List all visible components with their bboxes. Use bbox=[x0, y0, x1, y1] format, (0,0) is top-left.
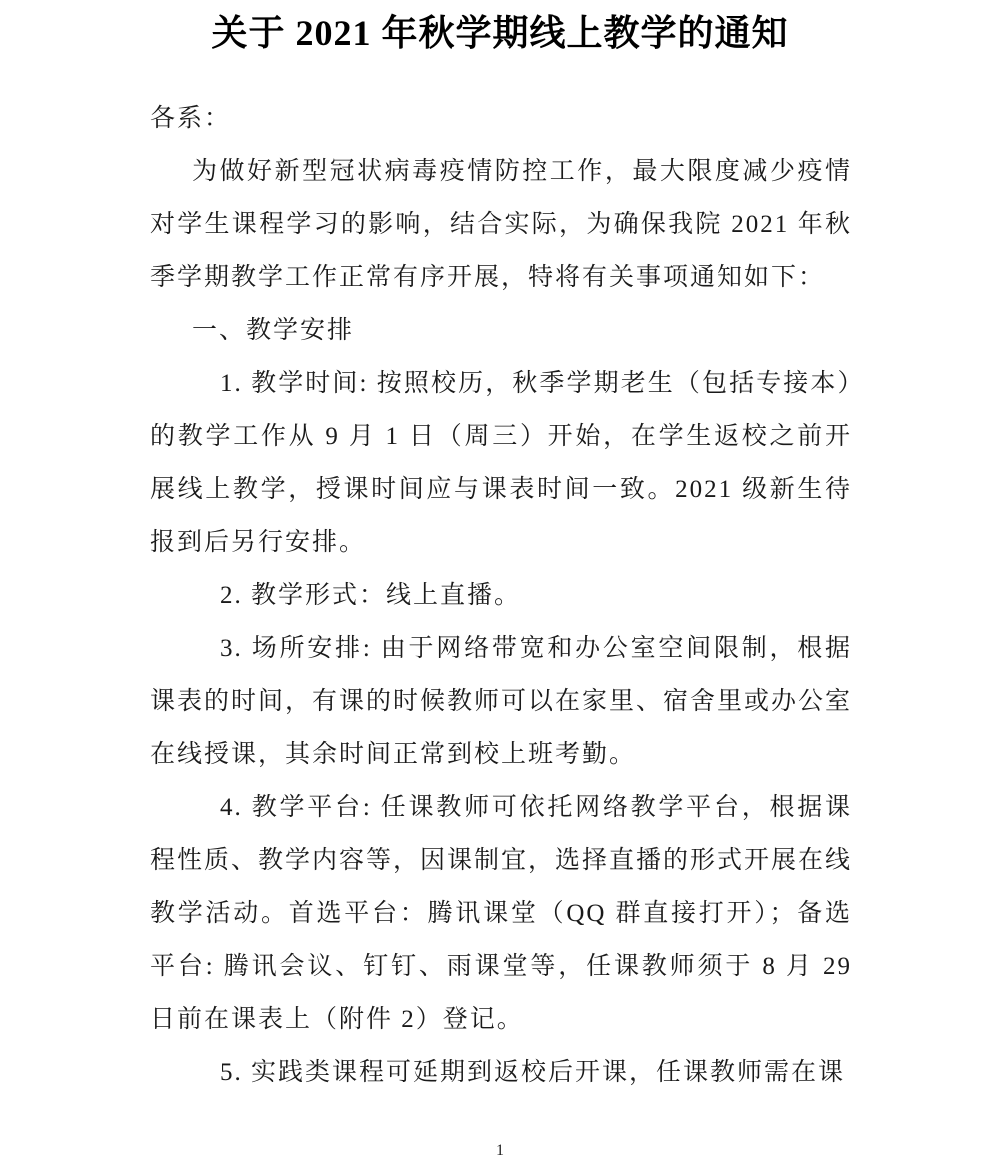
document-body: 各系：为做好新型冠状病毒疫情防控工作，最大限度减少疫情对学生课程学习的影响，结合… bbox=[150, 92, 852, 1099]
list-item: 3. 场所安排: 由于网络带宽和办公室空间限制，根据课表的时间，有课的时候教师可… bbox=[150, 622, 852, 781]
list-item: 5. 实践类课程可延期到返校后开课，任课教师需在课 bbox=[150, 1046, 852, 1099]
page-number: 1 bbox=[0, 1141, 1000, 1161]
list-item: 4. 教学平台: 任课教师可依托网络教学平台，根据课程性质、教学内容等，因课制宜… bbox=[150, 781, 852, 1046]
section-heading: 一、教学安排 bbox=[150, 304, 852, 357]
document-title: 关于 2021 年秋学期线上教学的通知 bbox=[0, 0, 1000, 57]
list-item: 1. 教学时间: 按照校历，秋季学期老生（包括专接本）的教学工作从 9 月 1 … bbox=[150, 357, 852, 569]
salutation: 各系： bbox=[150, 92, 852, 145]
list-item: 2. 教学形式：线上直播。 bbox=[150, 569, 852, 622]
paragraph: 为做好新型冠状病毒疫情防控工作，最大限度减少疫情对学生课程学习的影响，结合实际，… bbox=[150, 145, 852, 304]
document-page: 关于 2021 年秋学期线上教学的通知 各系：为做好新型冠状病毒疫情防控工作，最… bbox=[0, 0, 1000, 1171]
